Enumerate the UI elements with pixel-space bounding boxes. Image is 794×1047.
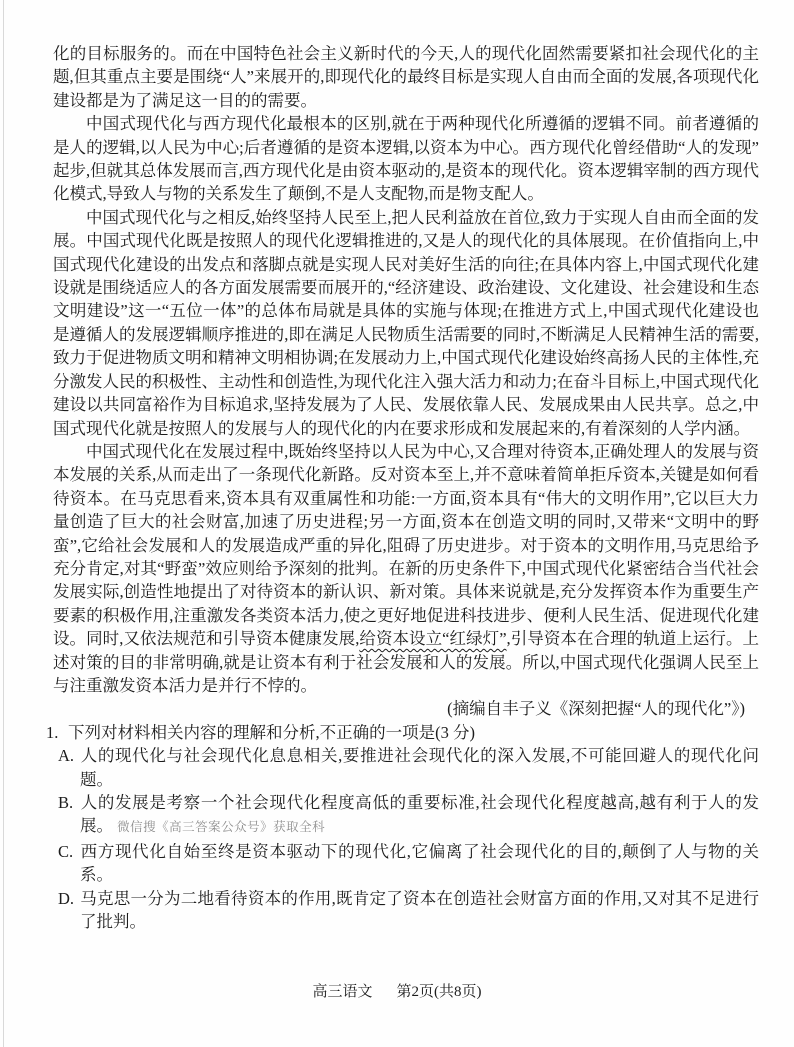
question-1-option-b: B.人的发展是考察一个社会现代化程度高低的重要标准,社会现代化程度越高,越有利于…: [58, 791, 759, 840]
passage-paragraph-2: 中国式现代化与西方现代化最根本的区别,就在于两种现代化所遵循的逻辑不同。前者遵循…: [53, 112, 759, 206]
option-a-text: 人的现代化与社会现代化息息相关,要推进社会现代化的深入发展,不可能回避人的现代化…: [80, 746, 759, 788]
wechat-watermark-text: 微信搜《高三答案公众号》获取全科: [117, 820, 325, 834]
question-1-option-a: A.人的现代化与社会现代化息息相关,要推进社会现代化的深入发展,不可能回避人的现…: [58, 744, 759, 791]
footer-subject: 高三语文: [312, 984, 372, 1000]
question-1: 1.下列对材料相关内容的理解和分析,不正确的一项是(3 分) A.人的现代化与社…: [53, 721, 759, 934]
wavy-underlined-phrase: 给资本设立“红绿灯”: [359, 629, 506, 648]
passage-paragraph-4: 中国式现代化在发展过程中,既始终坚持以人民为中心,又合理对待资本,正确处理人的发…: [53, 440, 759, 697]
exam-paper-page: 化的目标服务的。而在中国特色社会主义新时代的今天,人的现代化固然需要紧扣社会现代…: [0, 0, 794, 1047]
option-c-label: C.: [58, 840, 80, 863]
question-1-option-d: D.马克思一分为二地看待资本的作用,既肯定了资本在创造社会财富方面的作用,又对其…: [58, 887, 759, 934]
footer-page-info: 第2页(共8页): [397, 984, 482, 1000]
question-1-number: 1.: [46, 721, 68, 744]
option-a-label: A.: [58, 744, 80, 767]
page-footer: 高三语文第2页(共8页): [0, 982, 794, 1002]
passage-paragraph-4-text-pre: 中国式现代化在发展过程中,既始终坚持以人民为中心,又合理对待资本,正确处理人的发…: [53, 442, 759, 648]
question-1-stem-text: 下列对材料相关内容的理解和分析,不正确的一项是(3 分): [68, 723, 475, 742]
passage-paragraph-1: 化的目标服务的。而在中国特色社会主义新时代的今天,人的现代化固然需要紧扣社会现代…: [53, 42, 759, 112]
reading-passage-section: 化的目标服务的。而在中国特色社会主义新时代的今天,人的现代化固然需要紧扣社会现代…: [53, 42, 759, 933]
option-d-text: 马克思一分为二地看待资本的作用,既肯定了资本在创造社会财富方面的作用,又对其不足…: [80, 889, 759, 931]
option-b-label: B.: [58, 791, 80, 814]
scan-edge-artifact: [3, 0, 4, 1047]
option-c-text: 西方现代化自始至终是资本驱动下的现代化,它偏离了社会现代化的目的,颠倒了人与物的…: [80, 842, 759, 884]
question-1-stem: 1.下列对材料相关内容的理解和分析,不正确的一项是(3 分): [46, 721, 759, 744]
question-1-option-c: C.西方现代化自始至终是资本驱动下的现代化,它偏离了社会现代化的目的,颠倒了人与…: [58, 840, 759, 887]
option-d-label: D.: [58, 887, 80, 910]
source-attribution: (摘编自丰子义《深刻把握“人的现代化”》): [53, 697, 759, 720]
passage-paragraph-3: 中国式现代化与之相反,始终坚持人民至上,把人民利益放在首位,致力于实现人自由而全…: [53, 206, 759, 440]
